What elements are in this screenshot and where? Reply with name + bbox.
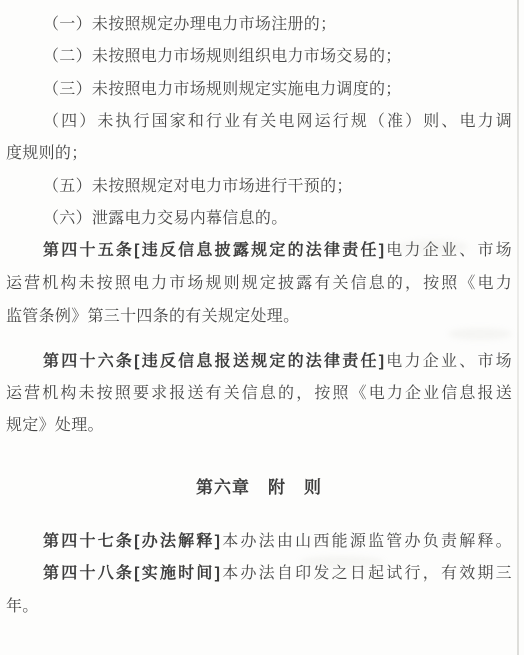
line-text: （三）未按照电力市场规则规定实施电力调度的；	[43, 81, 402, 98]
line-text: 监管条例》第三十四条的有关规定处理。	[6, 308, 299, 325]
text-line: （三）未按照电力市场规则规定实施电力调度的；	[6, 80, 512, 100]
article-label: 第四十五条[违反信息披露规定的法律责任]	[43, 242, 384, 259]
text-line: 年。	[6, 597, 512, 617]
line-text: 本办法自印发之日起试行，有效期三	[220, 565, 512, 582]
text-line: （六）泄露电力交易内幕信息的。	[6, 209, 512, 229]
line-text: 本办法由山西能源监管办负责解释。	[220, 533, 512, 550]
text-line: 运营机构未按照电力市场规则规定披露有关信息的，按照《电力	[6, 274, 512, 294]
line-text: 度规则的；	[6, 145, 88, 162]
scan-smudge	[398, 240, 468, 254]
line-text: （四）未执行国家和行业有关电网运行规（准）则、电力调	[43, 113, 512, 130]
article-label: 第四十八条[实施时间]	[43, 565, 220, 582]
text-line: （二）未按照电力市场规则组织电力市场交易的；	[6, 47, 512, 67]
scan-edge-line	[517, 0, 519, 655]
article-label: 第四十六条[违反信息报送规定的法律责任]	[43, 353, 384, 370]
line-text: （五）未按照规定对电力市场进行干预的；	[43, 178, 353, 195]
line-text: 电力企业、市场	[384, 353, 512, 370]
text-line: 运营机构未按照要求报送有关信息的，按照《电力企业信息报送	[6, 384, 512, 404]
document-page: （一）未按照规定办理电力市场注册的；（二）未按照电力市场规则组织电力市场交易的；…	[0, 0, 524, 655]
line-text: 运营机构未按照要求报送有关信息的，按照《电力企业信息报送	[6, 385, 512, 402]
document-content: （一）未按照规定办理电力市场注册的；（二）未按照电力市场规则组织电力市场交易的；…	[6, 0, 512, 655]
text-line: 监管条例》第三十四条的有关规定处理。	[6, 307, 512, 327]
text-line: 度规则的；	[6, 144, 512, 164]
line-text: 年。	[6, 598, 39, 615]
scan-smudge	[448, 328, 512, 340]
line-text: （六）泄露电力交易内幕信息的。	[43, 210, 288, 227]
line-text: 第六章 附 则	[196, 478, 322, 497]
text-line: 规定》处理。	[6, 416, 512, 436]
line-text: （二）未按照电力市场规则组织电力市场交易的；	[43, 48, 402, 65]
text-line: （四）未执行国家和行业有关电网运行规（准）则、电力调	[6, 112, 512, 132]
line-text: 运营机构未按照电力市场规则规定披露有关信息的，按照《电力	[6, 275, 512, 292]
article-line: 第四十七条[办法解释]本办法由山西能源监管办负责解释。	[6, 532, 512, 552]
article-label: 第四十七条[办法解释]	[43, 533, 220, 550]
text-line: （一）未按照规定办理电力市场注册的；	[6, 15, 512, 35]
article-line: 第四十六条[违反信息报送规定的法律责任]电力企业、市场	[6, 352, 512, 372]
line-text: （一）未按照规定办理电力市场注册的；	[43, 16, 336, 33]
article-line: 第四十八条[实施时间]本办法自印发之日起试行，有效期三	[6, 564, 512, 584]
text-line: （五）未按照规定对电力市场进行干预的；	[6, 177, 512, 197]
chapter-heading: 第六章 附 则	[6, 476, 512, 500]
line-text: 规定》处理。	[6, 417, 104, 434]
scan-smudge	[300, 556, 384, 568]
